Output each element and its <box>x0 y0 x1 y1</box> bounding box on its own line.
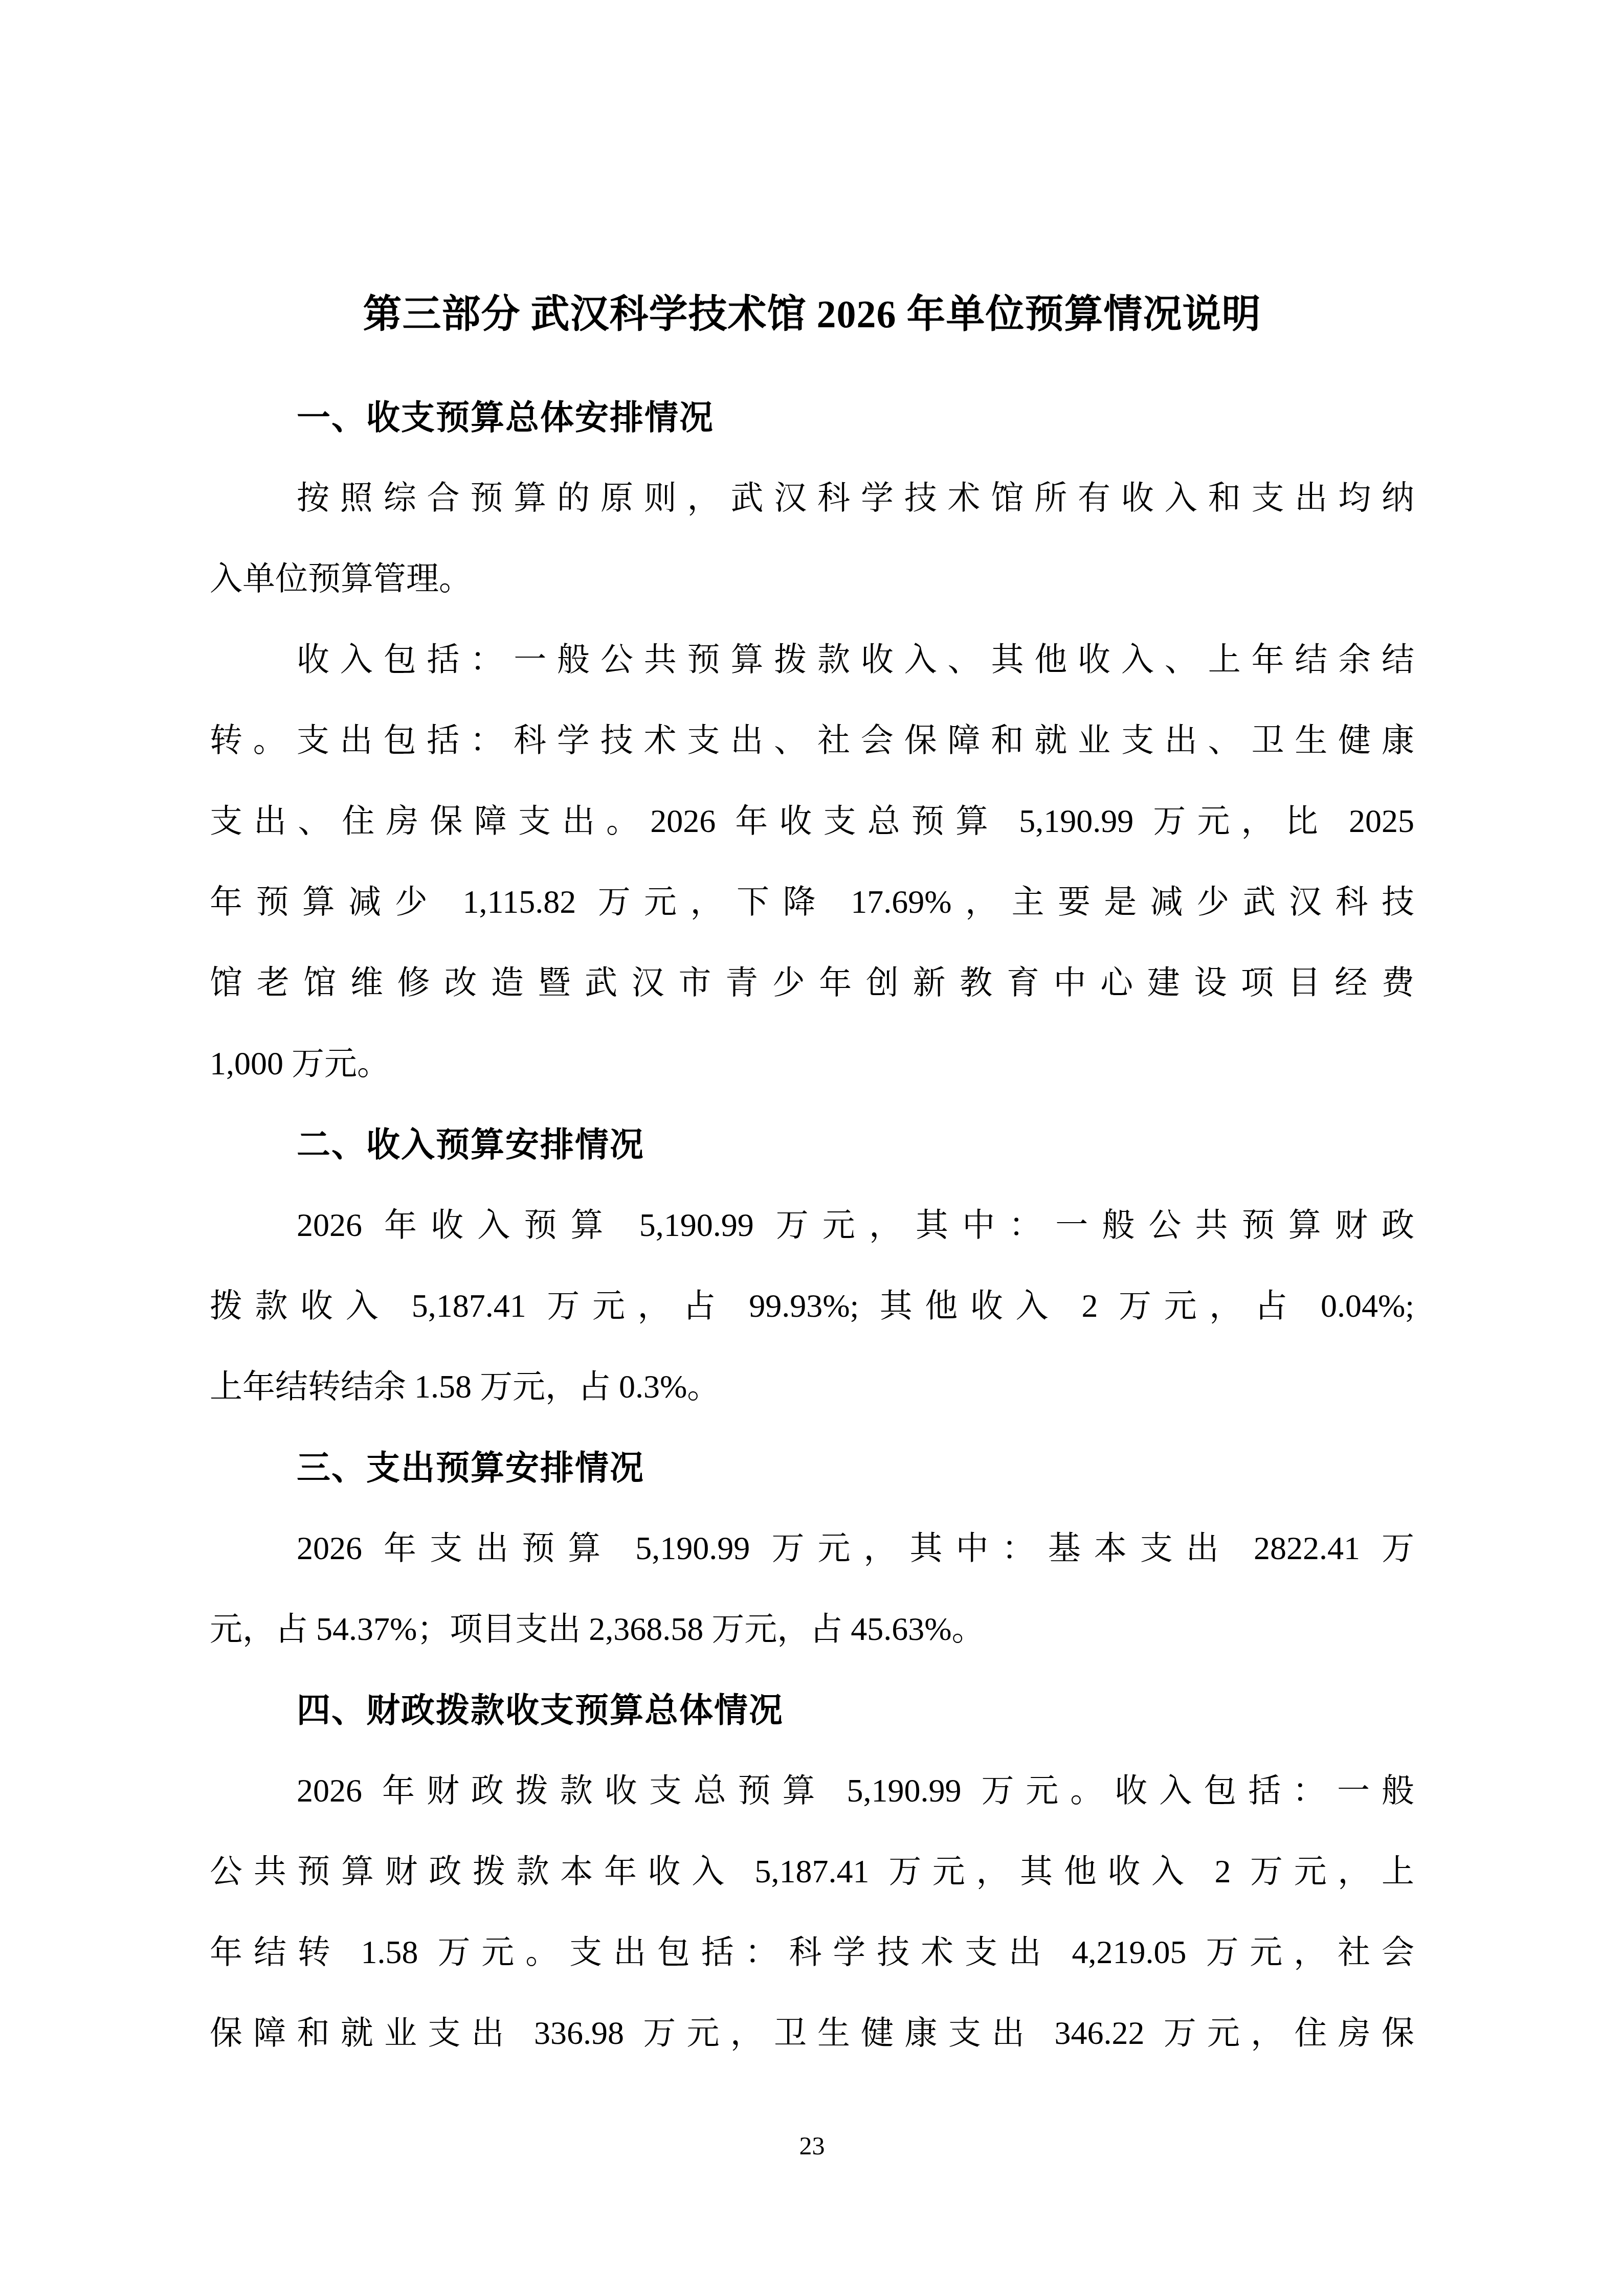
body-line: 按照综合预算的原则，武汉科学技术馆所有收入和支出均纳 <box>210 458 1414 538</box>
page-number: 23 <box>0 2131 1624 2160</box>
body-line: 收入包括：一般公共预算拨款收入、其他收入、上年结余结 <box>210 619 1414 700</box>
body-line: 馆老馆维修改造暨武汉市青少年创新教育中心建设项目经费 <box>210 942 1414 1023</box>
section-1-heading: 一、收支预算总体安排情况 <box>210 377 1414 458</box>
body-line: 元，占 54.37%；项目支出 2,368.58 万元，占 45.63%。 <box>210 1589 1414 1670</box>
body-line: 入单位预算管理。 <box>210 538 1414 619</box>
body-line: 拨款收入 5,187.41 万元，占 99.93%; 其他收入 2 万元，占 0… <box>210 1266 1414 1346</box>
body-line: 年预算减少 1,115.82 万元，下降 17.69%，主要是减少武汉科技 <box>210 862 1414 942</box>
document-page: 第三部分 武汉科学技术馆 2026 年单位预算情况说明 一、收支预算总体安排情况… <box>0 0 1624 2296</box>
body-line: 支出、住房保障支出。2026 年收支总预算 5,190.99 万元，比 2025 <box>210 781 1414 862</box>
section-2-heading: 二、收入预算安排情况 <box>210 1104 1414 1185</box>
body-line: 2026 年支出预算 5,190.99 万元，其中：基本支出 2822.41 万 <box>210 1508 1414 1589</box>
body-line: 转。支出包括：科学技术支出、社会保障和就业支出、卫生健康 <box>210 700 1414 781</box>
body-line: 保障和就业支出 336.98 万元，卫生健康支出 346.22 万元，住房保 <box>210 1993 1414 2074</box>
body-line: 年结转 1.58 万元。支出包括：科学技术支出 4,219.05 万元，社会 <box>210 1912 1414 1993</box>
body-line: 上年结转结余 1.58 万元，占 0.3%。 <box>210 1346 1414 1427</box>
body-line: 1,000 万元。 <box>210 1023 1414 1104</box>
body-line: 2026 年财政拨款收支总预算 5,190.99 万元。收入包括：一般 <box>210 1750 1414 1831</box>
body-line: 2026 年收入预算 5,190.99 万元，其中：一般公共预算财政 <box>210 1185 1414 1266</box>
body-line: 公共预算财政拨款本年收入 5,187.41 万元，其他收入 2 万元，上 <box>210 1831 1414 1912</box>
section-3-heading: 三、支出预算安排情况 <box>210 1427 1414 1508</box>
document-body: 第三部分 武汉科学技术馆 2026 年单位预算情况说明 一、收支预算总体安排情况… <box>210 252 1414 2074</box>
section-4-heading: 四、财政拨款收支预算总体情况 <box>210 1670 1414 1750</box>
document-title: 第三部分 武汉科学技术馆 2026 年单位预算情况说明 <box>210 252 1414 377</box>
